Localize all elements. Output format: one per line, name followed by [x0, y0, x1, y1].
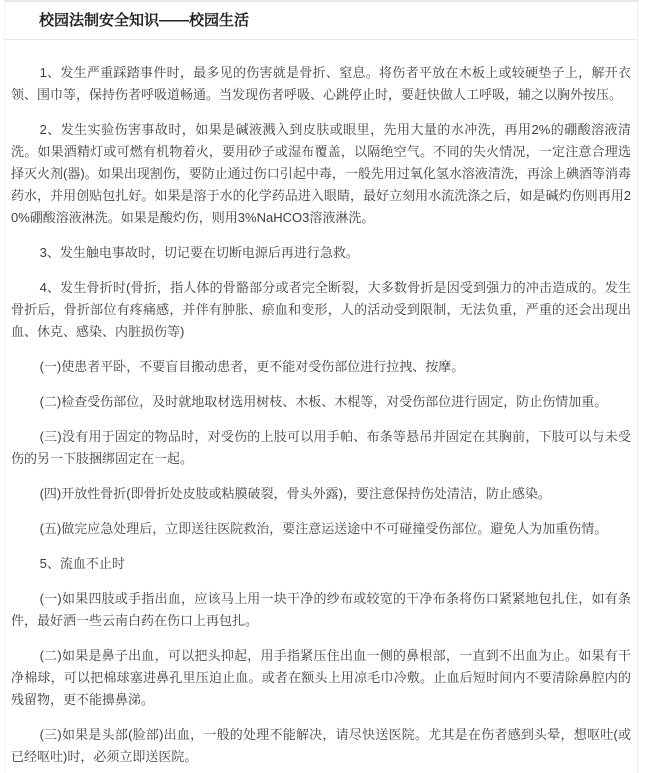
page-title: 校园法制安全知识——校园生活 [5, 2, 637, 39]
paragraph-7: (三)没有用于固定的物品时，对受伤的上肢可以用手帕、布条等悬吊并固定在其胸前，下… [11, 426, 631, 470]
paragraph-5: (一)使患者平卧，不要盲目搬动患者，更不能对受伤部位进行拉拽、按摩。 [11, 356, 631, 378]
paragraph-4: 4、发生骨折时(骨折，指人体的骨骼部分或者完全断裂，大多数骨折是因受到强力的冲击… [11, 277, 631, 343]
article-page: 校园法制安全知识——校园生活 1、发生严重踩踏事件时，最多见的伤害就是骨折、窒息… [4, 0, 638, 773]
paragraph-9: (五)做完应急处理后，立即送往医院救治，要注意运送途中不可碰撞受伤部位。避免人为… [11, 518, 631, 540]
paragraph-6: (二)检查受伤部位，及时就地取材选用树枝、木板、木棍等，对受伤部位进行固定，防止… [11, 391, 631, 413]
paragraph-8: (四)开放性骨折(即骨折处皮肢或粘膜破裂，骨头外露)，要注意保持伤处清洁，防止感… [11, 483, 631, 505]
paragraph-1: 1、发生严重踩踏事件时，最多见的伤害就是骨折、窒息。将伤者平放在木板上或较硬垫子… [11, 62, 631, 106]
paragraph-12: (二)如果是鼻子出血，可以把头抑起，用手指紧压住出血一侧的鼻根部，一直到不出血为… [11, 645, 631, 711]
paragraph-2: 2、发生实验伤害事故时，如果是碱液溅入到皮肤或眼里，先用大量的水冲洗，再用2%的… [11, 119, 631, 229]
paragraph-3: 3、发生触电事故时，切记要在切断电源后再进行急救。 [11, 242, 631, 264]
paragraph-10: 5、流血不止时 [11, 553, 631, 575]
paragraph-11: (一)如果四肢或手指出血，应该马上用一块干净的纱布或较宽的干净布条将伤口紧紧地包… [11, 588, 631, 632]
paragraph-13: (三)如果是头部(脸部)出血，一般的处理不能解决，请尽快送医院。尤其是在伤者感到… [11, 724, 631, 768]
article-body: 1、发生严重踩踏事件时，最多见的伤害就是骨折、窒息。将伤者平放在木板上或较硬垫子… [5, 40, 637, 768]
